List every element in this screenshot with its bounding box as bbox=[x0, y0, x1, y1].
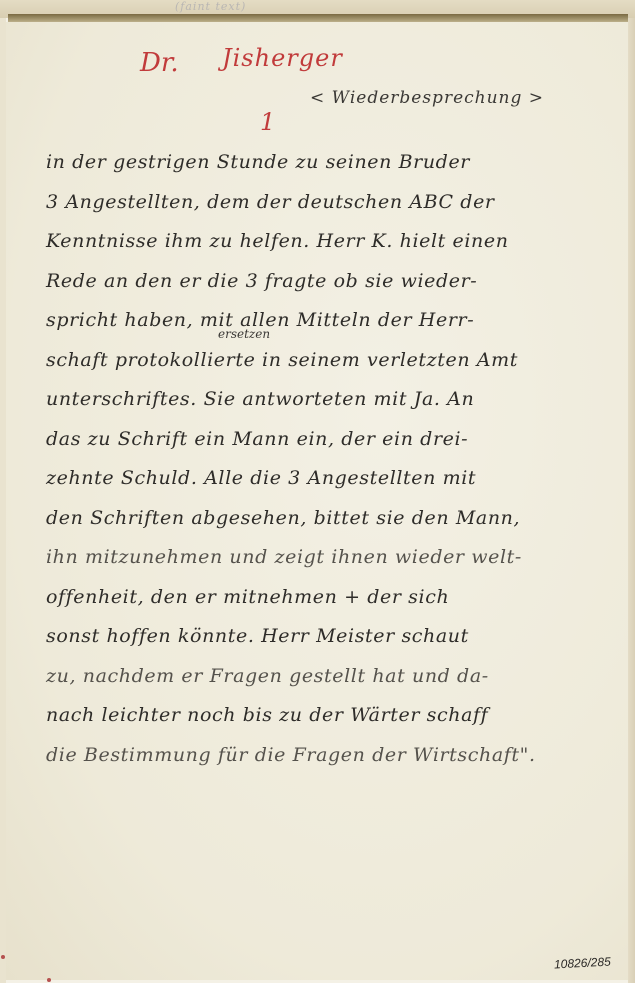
text-line: ihn mitzunehmen und zeigt ihnen wieder w… bbox=[46, 537, 606, 577]
text-line: offenheit, den er mitnehmen + der sich bbox=[46, 577, 606, 617]
text-line: die Bestimmung für die Fragen der Wirtsc… bbox=[46, 735, 606, 775]
text-line: schaft protokollierte in seinem verletzt… bbox=[46, 340, 606, 380]
subtitle: < Wiederbesprechung > bbox=[310, 88, 544, 108]
flap-ghost-text: (faint text) bbox=[175, 0, 246, 13]
heading-abbrev: Dr. bbox=[140, 48, 179, 78]
text-line: Kenntnisse ihm zu helfen. Herr K. hielt … bbox=[46, 221, 606, 261]
text-line: unterschriftes. Sie antworteten mit Ja. … bbox=[46, 379, 606, 419]
heading-word: Jisherger bbox=[222, 44, 343, 72]
page-number: 1 bbox=[260, 108, 275, 136]
text-line: nach leichter noch bis zu der Wärter sch… bbox=[46, 695, 606, 735]
red-speck bbox=[1, 955, 5, 959]
text-line: das zu Schrift ein Mann ein, der ein dre… bbox=[46, 419, 606, 459]
red-speck bbox=[47, 978, 51, 982]
text-line: sonst hoffen könnte. Herr Meister schaut bbox=[46, 616, 606, 656]
text-line: zehnte Schuld. Alle die 3 Angestellten m… bbox=[46, 458, 606, 498]
text-line: zu, nachdem er Fragen gestellt hat und d… bbox=[46, 656, 606, 696]
text-line: spricht haben, mit allen Mitteln der Her… bbox=[46, 300, 606, 340]
archive-id: 10826/285 bbox=[554, 955, 611, 972]
page-edge-right bbox=[628, 18, 635, 983]
text-line: 3 Angestellten, dem der deutschen ABC de… bbox=[46, 182, 606, 222]
text-line: den Schriften abgesehen, bittet sie den … bbox=[46, 498, 606, 538]
manuscript-body: in der gestrigen Stunde zu seinen Bruder… bbox=[46, 142, 606, 774]
text-line: in der gestrigen Stunde zu seinen Bruder bbox=[46, 142, 606, 182]
text-line: Rede an den er die 3 fragte ob sie wiede… bbox=[46, 261, 606, 301]
